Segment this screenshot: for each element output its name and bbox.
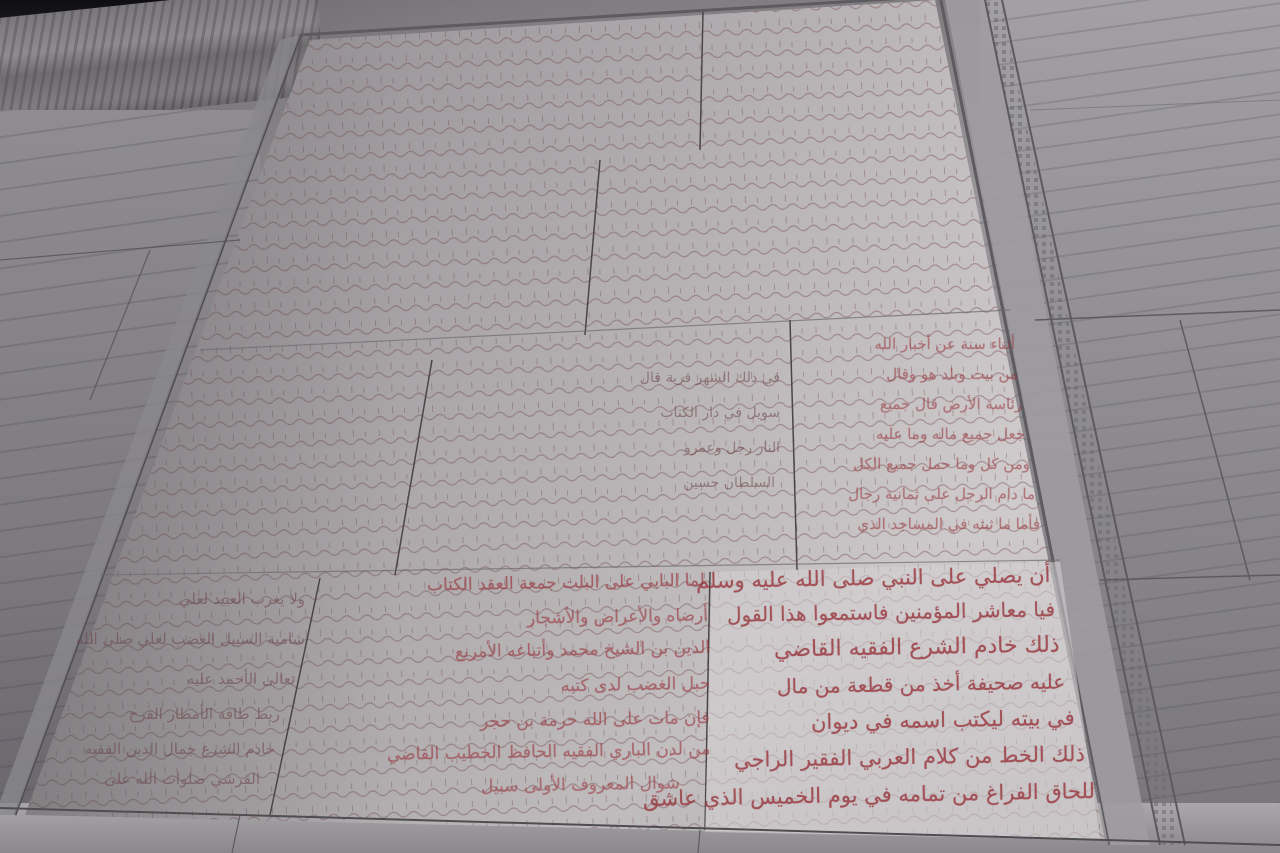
inscription-line: ربط طاقة الأمطار الفرح xyxy=(129,705,280,723)
inscription-line: في ذلك الشهر قرية قال xyxy=(640,370,780,386)
inscription-line: شامية السبيل الغضب لعلي صلى الله xyxy=(76,630,305,648)
inscription-line: ومن كل وما حمل جميع الكل xyxy=(853,455,1030,473)
inscription-line: ما دام الرجل على ثمانية رجال xyxy=(848,485,1035,503)
inscription-line: من بيت وبلد هو وقال xyxy=(886,365,1018,383)
inscription-line: فأما ما ثبته في المساجد الذي xyxy=(857,515,1040,533)
inscription-line: شوال المعروف الأولى سبيل xyxy=(481,773,680,796)
inscription-line: خادم الشرع جمال الدين الفقيه xyxy=(85,740,275,758)
inscription-line: أثناء سنة عن أخبار الله xyxy=(874,335,1015,353)
inscription-line: ولا يغرب العبيد لعلي xyxy=(179,590,305,608)
photo-scene: أن يصلي على النبي صلى الله عليه وسلم فيا… xyxy=(0,0,1280,853)
inscription-line: عليه صحيفة أخذ من قطعة من مال xyxy=(777,669,1066,698)
inscription-line: حبل الغضب لدى كتبه xyxy=(561,674,710,697)
inscription-line: أرضاه والأعراض والأشجار xyxy=(527,605,708,628)
inscription-line: رئاسة الأرض قال جميع xyxy=(880,395,1022,413)
inscription-line: السلطان حسين xyxy=(683,475,775,491)
inscription-line: ذلك خادم الشرع الفقيه القاضي xyxy=(774,633,1060,663)
inscription-line: القرشي صلوات الله على xyxy=(104,770,260,788)
inscription-line: تعالى الأحمد عليه xyxy=(187,670,295,688)
inscription-line: النار رجل وعمرو xyxy=(684,440,780,456)
inscription-line: جعل جميع ماله وما عليه xyxy=(876,425,1025,443)
inscription-line: في بيته ليكتب اسمه في ديوان xyxy=(811,706,1075,735)
inscription-line: فإن مات على الله حرمة بن حجر xyxy=(480,708,710,732)
inscription-line: سويل في دار الكتاب xyxy=(660,405,780,421)
